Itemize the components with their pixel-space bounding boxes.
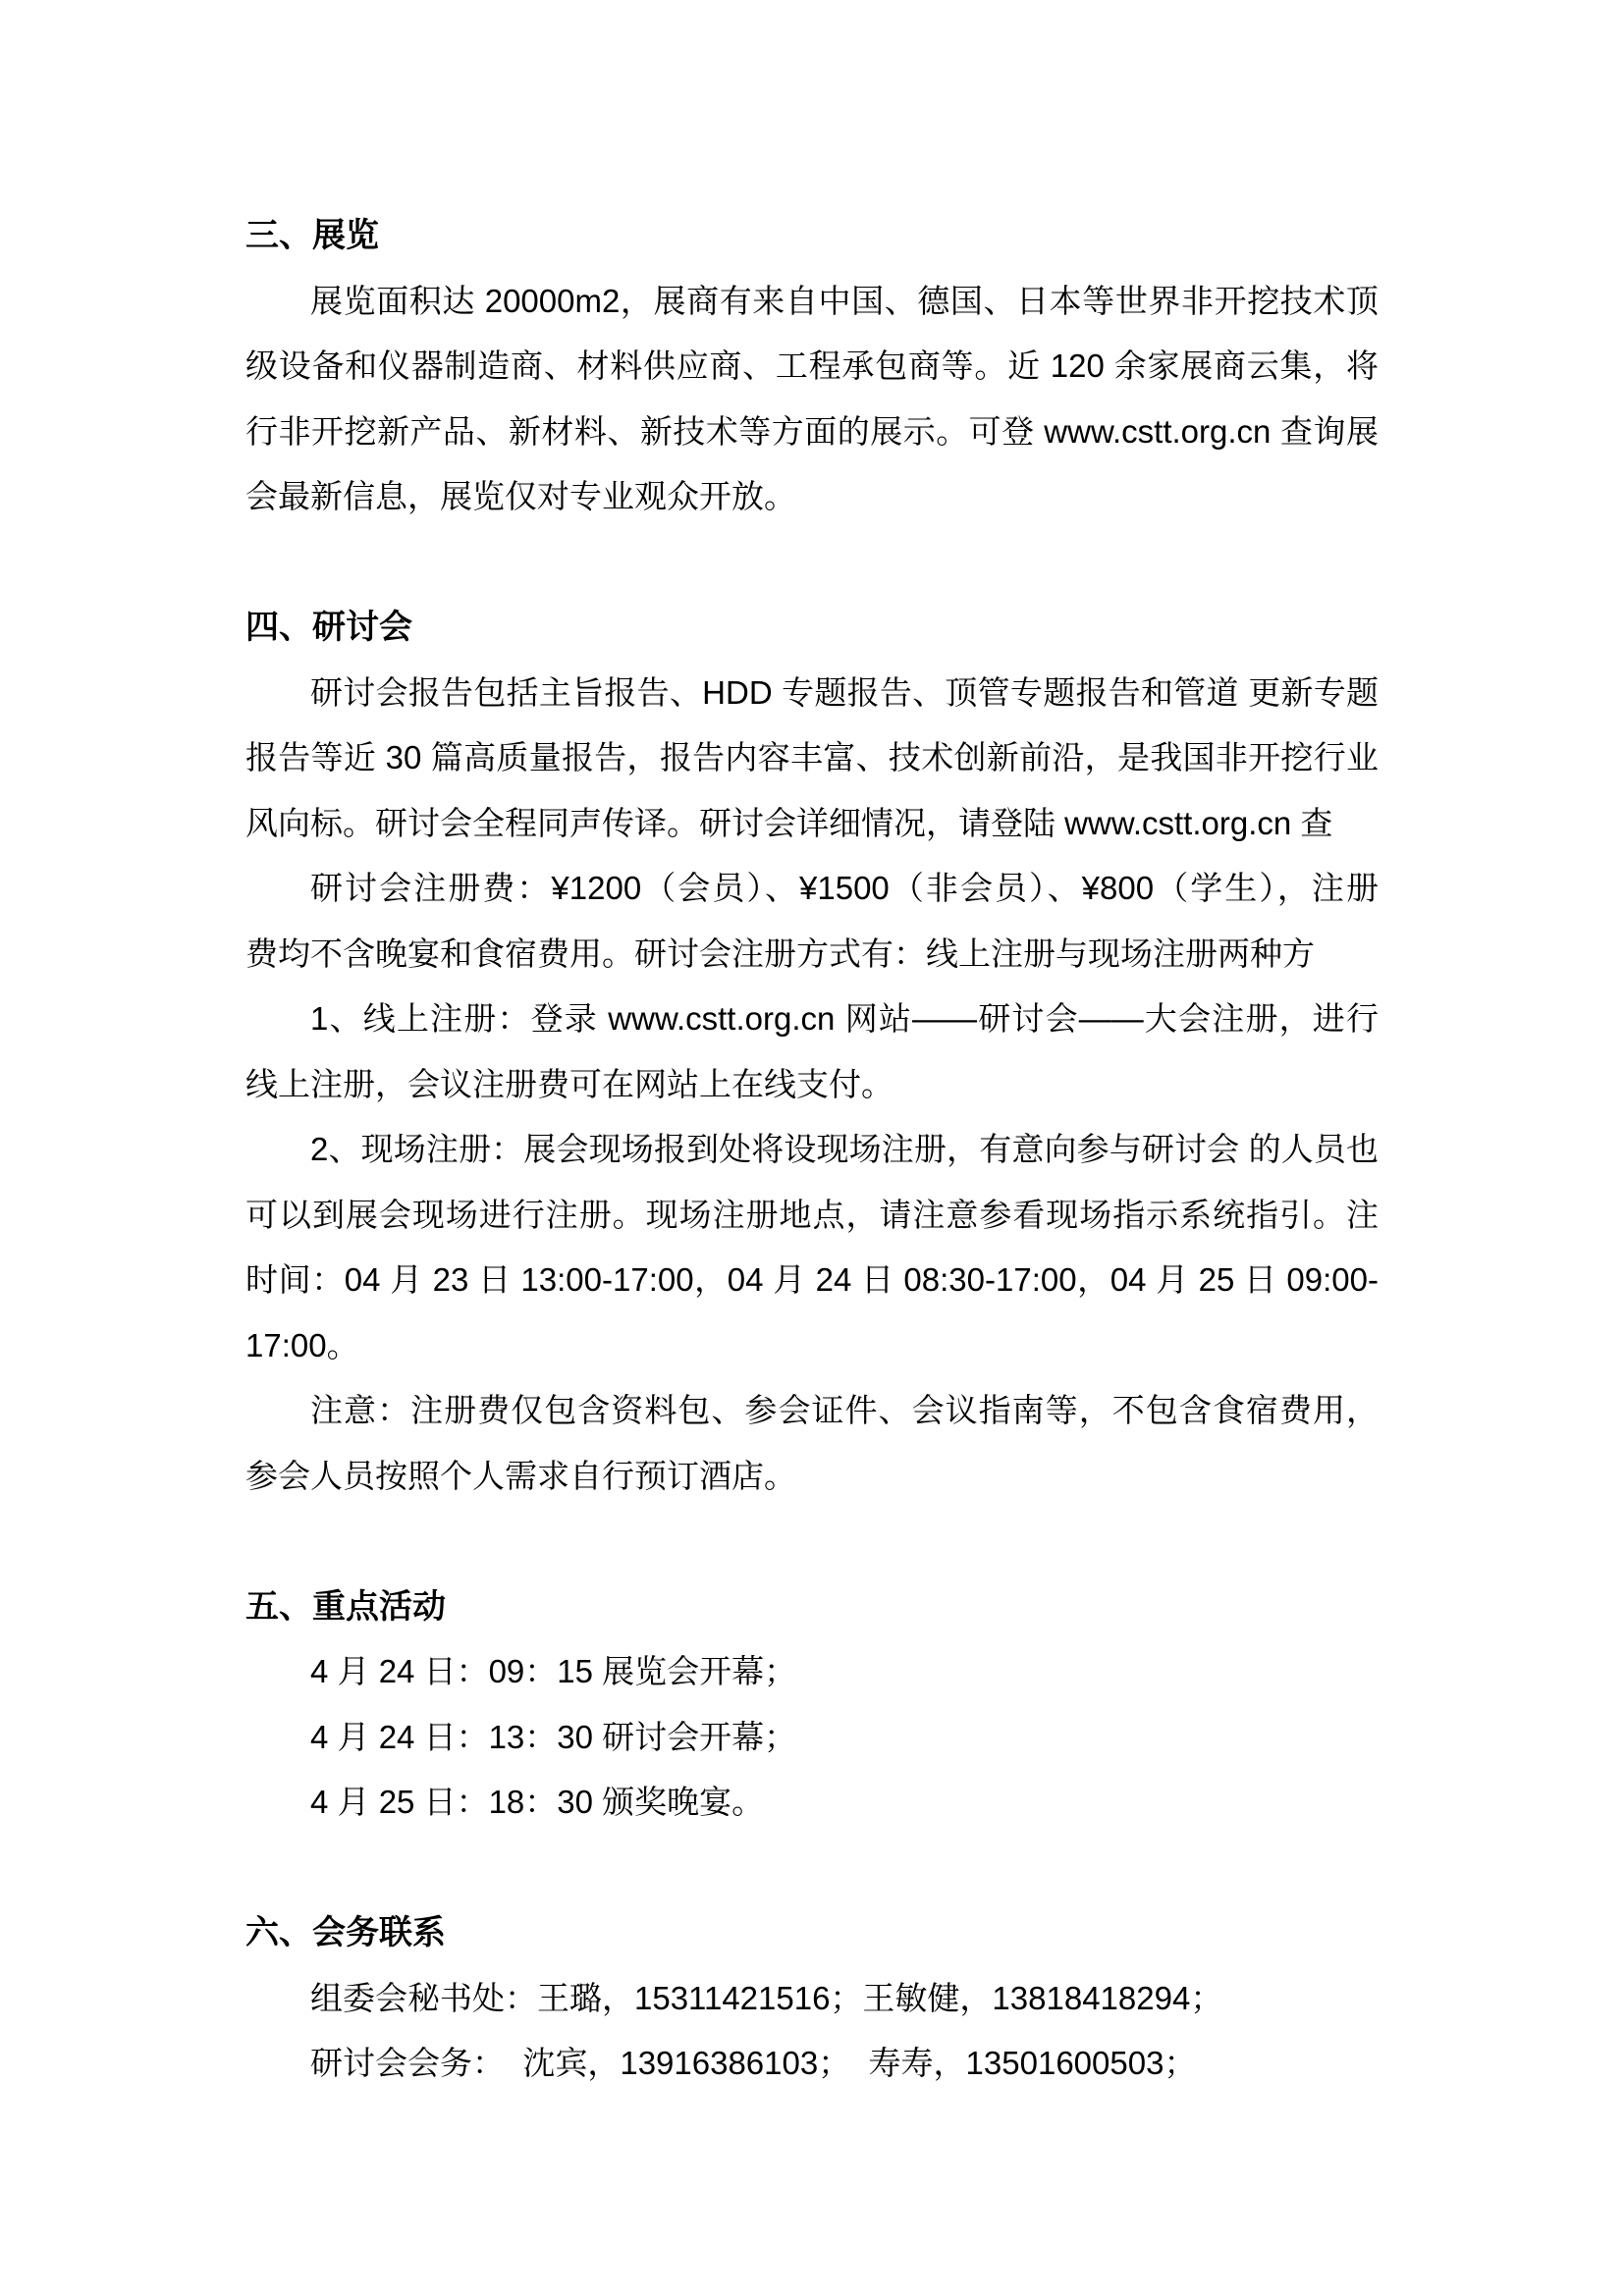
doc-line: 研讨会报告包括主旨报告、HDD 专题报告、顶管专题报告和管道 更新专题 xyxy=(245,661,1379,726)
doc-line: 风向标。研讨会全程同声传译。研讨会详细情况，请登陆 www.cstt.org.c… xyxy=(245,791,1379,857)
doc-line: 级设备和仪器制造商、材料供应商、工程承包商等。近 120 余家展商云集，将进 xyxy=(245,334,1379,400)
doc-line: 17:00。 xyxy=(245,1313,1379,1379)
doc-line: 4 月 25 日：18：30 颁奖晚宴。 xyxy=(245,1770,1379,1836)
section-seminar: 四、研讨会 研讨会报告包括主旨报告、HDD 专题报告、顶管专题报告和管道 更新专… xyxy=(245,595,1379,1509)
section-heading-contacts: 六、会务联系 xyxy=(245,1900,1379,1966)
doc-line: 参会人员按照个人需求自行预订酒店。 xyxy=(245,1444,1379,1510)
section-exhibition: 三、展览 展览面积达 20000m2，展商有来自中国、德国、日本等世界非开挖技术… xyxy=(245,203,1379,530)
doc-line: 费均不含晚宴和食宿费用。研讨会注册方式有：线上注册与现场注册两种方式。 xyxy=(245,922,1379,988)
section-heading-seminar: 四、研讨会 xyxy=(245,595,1379,661)
doc-line: 展览面积达 20000m2，展商有来自中国、德国、日本等世界非开挖技术顶 xyxy=(245,269,1379,335)
doc-line: 1、线上注册：登录 www.cstt.org.cn 网站——研讨会——大会注册，… xyxy=(245,987,1379,1052)
doc-line: 会最新信息，展览仅对专业观众开放。 xyxy=(245,464,1379,530)
document-page: 三、展览 展览面积达 20000m2，展商有来自中国、德国、日本等世界非开挖技术… xyxy=(0,0,1624,2296)
doc-line: 组委会秘书处：王璐，15311421516；王敏健，13818418294； xyxy=(245,1966,1379,2032)
section-contacts: 六、会务联系 组委会秘书处：王璐，15311421516；王敏健，1381841… xyxy=(245,1900,1379,2097)
section-heading-exhibition: 三、展览 xyxy=(245,203,1379,269)
doc-line: 研讨会会务： 沈宾，13916386103； 寿寿，13501600503； xyxy=(245,2031,1379,2097)
section-key-events: 五、重点活动 4 月 24 日：09：15 展览会开幕； 4 月 24 日：13… xyxy=(245,1575,1379,1836)
doc-line: 报告等近 30 篇高质量报告，报告内容丰富、技术创新前沿，是我国非开挖行业 xyxy=(245,725,1379,791)
doc-line: 行非开挖新产品、新材料、新技术等方面的展示。可登 www.cstt.org.cn… xyxy=(245,400,1379,465)
doc-line: 4 月 24 日：09：15 展览会开幕； xyxy=(245,1639,1379,1705)
doc-line: 研讨会注册费：¥1200（会员）、¥1500（非会员）、¥800（学生），注册 xyxy=(245,856,1379,922)
section-heading-key-events: 五、重点活动 xyxy=(245,1575,1379,1640)
doc-line: 注意：注册费仅包含资料包、参会证件、会议指南等，不包含食宿费用，请 xyxy=(245,1378,1379,1444)
doc-line: 线上注册，会议注册费可在网站上在线支付。 xyxy=(245,1052,1379,1118)
doc-line: 时间：04 月 23 日 13:00-17:00，04 月 24 日 08:30… xyxy=(245,1248,1379,1313)
doc-line: 可以到展会现场进行注册。现场注册地点，请注意参看现场指示系统指引。注册 xyxy=(245,1183,1379,1249)
doc-line: 4 月 24 日：13：30 研讨会开幕； xyxy=(245,1705,1379,1771)
doc-line: 2、现场注册：展会现场报到处将设现场注册，有意向参与研讨会 的人员也 xyxy=(245,1117,1379,1183)
